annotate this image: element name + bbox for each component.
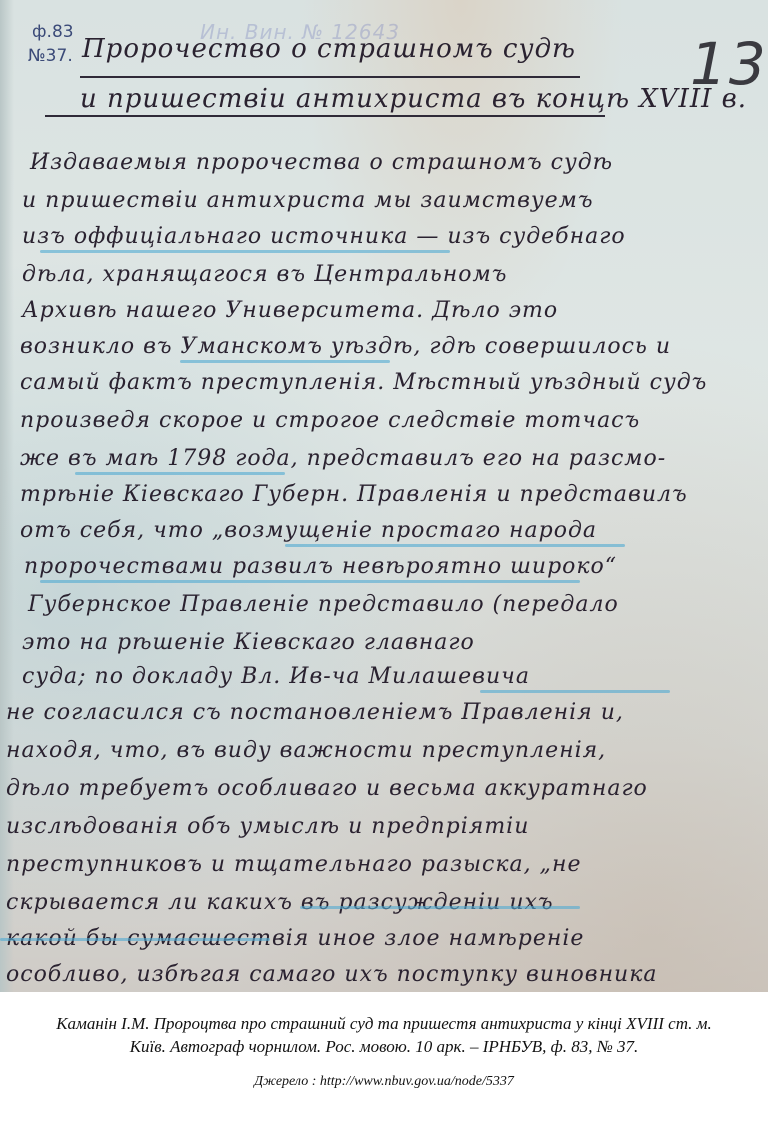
- manuscript-line: изъ оффиціальнаго источника — изъ судебн…: [22, 224, 626, 249]
- manuscript-line: Архивѣ нашего Университета. Дѣло это: [22, 298, 558, 323]
- manuscript-line: не согласился съ постановленіемъ Правлен…: [6, 700, 624, 725]
- manuscript-line: пророчествами развилъ невѣроятно широко“: [24, 554, 617, 579]
- page-edge: [0, 0, 14, 992]
- blue-underline: [0, 938, 270, 941]
- manuscript-line: трѣніе Кіевскаго Губерн. Правленія и пре…: [20, 482, 688, 507]
- manuscript-title-line-1: Пророчество о страшномъ судѣ: [82, 34, 576, 64]
- title-underline-1: [80, 76, 580, 78]
- manuscript-line: скрывается ли какихъ въ разсужденіи ихъ: [6, 890, 554, 915]
- blue-underline: [300, 906, 580, 909]
- manuscript-line: Издаваемыя пророчества о страшномъ судѣ: [30, 150, 613, 175]
- blue-underline: [40, 250, 450, 253]
- caption-line-1: Каманін І.М. Пророцтва про страшний суд …: [0, 1012, 768, 1035]
- title-underline-2: [45, 115, 605, 117]
- blue-underline: [285, 544, 625, 547]
- manuscript-line: дѣло требуетъ особливаго и весьма аккура…: [6, 776, 648, 801]
- manuscript-line: же въ маѣ 1798 года, представилъ его на …: [20, 446, 666, 471]
- manuscript-line: находя, что, въ виду важности преступлен…: [6, 738, 606, 763]
- archive-fond-mark: ф.83: [32, 22, 74, 42]
- manuscript-line: Губернское Правленіе представило (переда…: [28, 592, 619, 617]
- image-caption: Каманін І.М. Пророцтва про страшний суд …: [0, 1012, 768, 1058]
- manuscript-photo: ф.83 №37. Ин. Вин. № 12643 131 Пророчест…: [0, 0, 768, 992]
- manuscript-line: суда; по докладу Вл. Ив-ча Милашевича: [22, 664, 530, 689]
- manuscript-line: самый фактъ преступленія. Мѣстный уѣздны…: [20, 370, 707, 395]
- manuscript-line: произведя скорое и строгое следствіе тот…: [20, 408, 640, 433]
- blue-underline: [180, 360, 390, 363]
- source-line: Джерело : http://www.nbuv.gov.ua/node/53…: [0, 1074, 768, 1090]
- blue-underline: [480, 690, 670, 693]
- manuscript-line: особливо, избѣгая самаго ихъ поступку ви…: [6, 962, 657, 987]
- manuscript-line: дѣла, хранящагося въ Центральномъ: [22, 262, 507, 287]
- manuscript-line: отъ себя, что „возмущеніе простаго народ…: [20, 518, 597, 543]
- manuscript-line: возникло въ Уманскомъ уѣздѣ, гдѣ соверши…: [20, 334, 671, 359]
- blue-underline: [75, 472, 285, 475]
- manuscript-line: изслѣдованія объ умыслѣ и предпріятіи: [6, 814, 529, 839]
- blue-underline: [40, 580, 580, 583]
- archive-number-mark: №37.: [28, 46, 73, 66]
- manuscript-line: преступниковъ и тщательнаго разыска, „не: [6, 852, 581, 877]
- caption-line-2: Київ. Автограф чорнилом. Рос. мовою. 10 …: [0, 1035, 768, 1058]
- manuscript-line: и пришествіи антихриста мы заимствуемъ: [22, 188, 594, 213]
- manuscript-title-line-2: и пришествіи антихриста въ концѣ XVIII в…: [80, 84, 747, 114]
- manuscript-line: это на рѣшеніе Кіевскаго главнаго: [22, 630, 475, 655]
